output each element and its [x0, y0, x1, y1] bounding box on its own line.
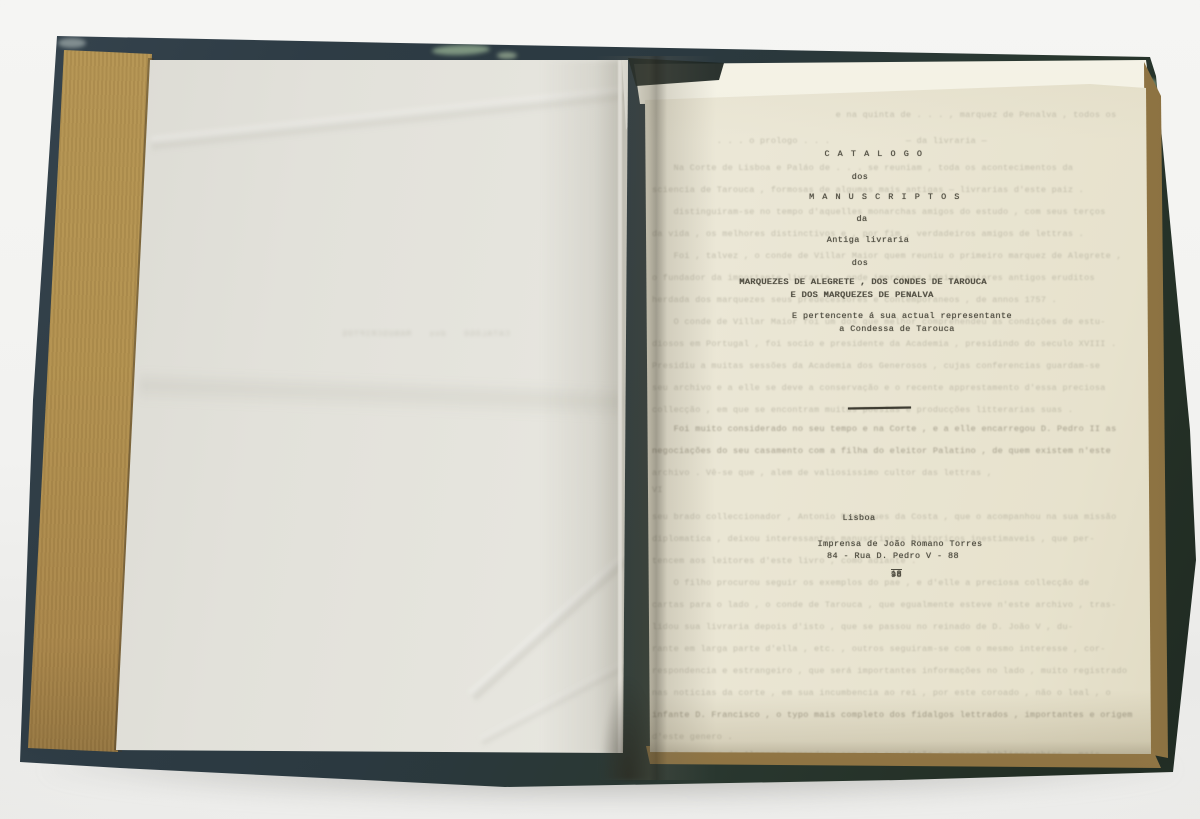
title-line-manuscriptos: M A N U S C R I P T O S — [650, 192, 1120, 203]
cover-wear-spot — [24, 235, 32, 365]
bleedthrough-line: negociações do seu casamento com a filha… — [652, 446, 1144, 457]
bleedthrough-line: Presidiu a muitas sessões da Academia do… — [652, 361, 1144, 372]
provenance-line-2: a Condessa de Tarouca — [662, 324, 1132, 335]
photo-of-open-book: CATALOGO dos MANUSCRIPTOS e na quinta de… — [0, 0, 1200, 819]
bleedthrough-line: lidou sua livraria depois d'isto , que s… — [652, 622, 1144, 633]
tissue-crease — [150, 87, 629, 153]
bleedthrough-line: . . . o prologo . . . — da livraria — — [652, 136, 1144, 147]
cover-wear-spot — [497, 52, 517, 59]
owners-line-2: E DOS MARQUEZES DE PENALVA — [627, 290, 1097, 301]
bleedthrough-line: respondencia e estrangeiro , que será im… — [652, 666, 1144, 677]
tissue-crease — [138, 370, 624, 421]
title-line-da: da — [627, 214, 1097, 225]
title-line-dos-2: dos — [625, 258, 1095, 269]
bleedthrough-line: VI — [652, 485, 1144, 496]
tissue-page-edge-highlight — [618, 60, 622, 754]
owners-line-1: MARQUEZES DE ALEGRETE , DOS CONDES DE TA… — [628, 277, 1098, 288]
cover-wear-spot — [58, 38, 86, 48]
title-line-antiga-livraria: Antiga livraria — [633, 235, 1103, 246]
gutter-foot-shadow — [600, 676, 656, 780]
imprint-address: 84 - Rua D. Pedro V - 88 — [658, 551, 1128, 562]
imprint-city: Lisboa — [624, 513, 1094, 524]
bleedthrough-line: rante em larga parte d'ella , etc. , out… — [652, 644, 1144, 655]
bleedthrough-line: archivo . Vê-se que , alem de valiosissi… — [652, 468, 1144, 479]
title-line-catalogo: C A T A L O G O — [639, 149, 1109, 160]
bleedthrough-line: Foi muito considerado no seu tempo e na … — [652, 424, 1144, 435]
bleedthrough-line: diosos em Portugal , foi socio e preside… — [652, 339, 1144, 350]
bleedthrough-line: seu archivo e a elle se deve a conservaç… — [652, 383, 1144, 394]
title-line-dos-1: dos — [625, 172, 1095, 183]
cover-wear-spot — [432, 44, 490, 56]
imprint-printer: Imprensa de João Romano Torres — [665, 539, 1135, 550]
bleedthrough-line: e na quinta de . . . , marquez de Penalv… — [652, 110, 1144, 121]
bleedthrough-line: cartas para o lado , o conde de Tarouca … — [652, 600, 1144, 611]
page-foot-shadow — [645, 690, 1155, 754]
imprint-year-overlined: 98 — [891, 569, 902, 581]
tissue-gutter-shade — [540, 60, 628, 755]
provenance-line-1: E pertencente á sua actual representante — [667, 311, 1137, 322]
bleedthrough-left-page-text: CATALOGO dos MANUSCRIPTOS — [318, 330, 533, 339]
